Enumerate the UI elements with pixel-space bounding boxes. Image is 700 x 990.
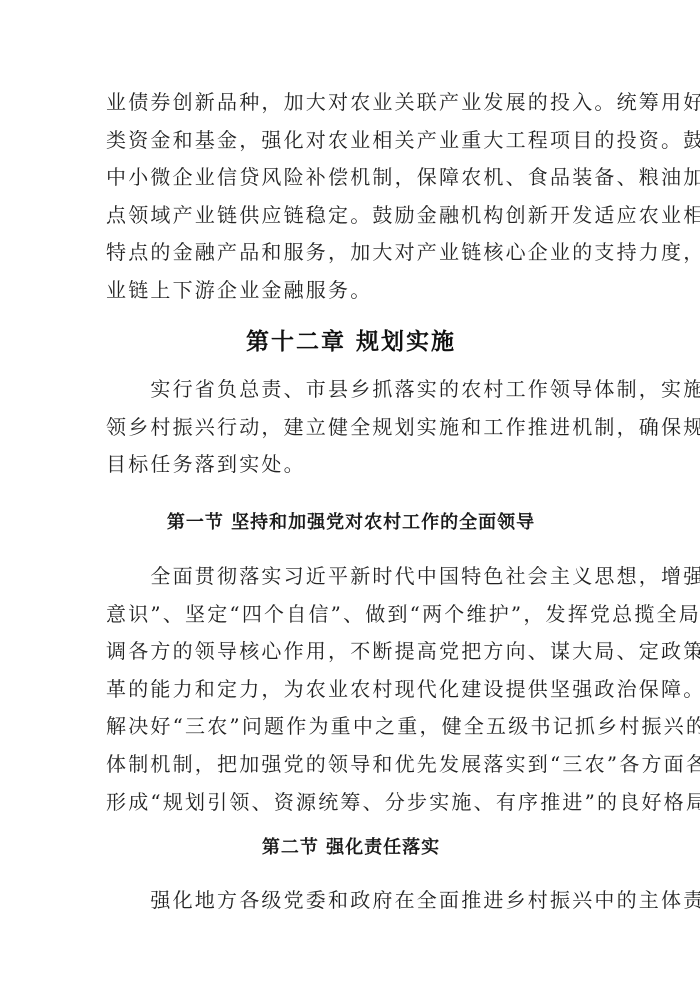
text-line: 体制机制，把加强党的领导和优先发展落实到“三农”各方面各环节， [106, 746, 596, 784]
text-line: 革的能力和定力，为农业农村现代化建设提供坚强政治保障。坚持把 [106, 671, 596, 709]
section-title: 第二节 强化责任落实 [106, 833, 596, 859]
text-line: 形成“规划引领、资源统筹、分步实施、有序推进”的良好格局。 [106, 784, 596, 822]
section-paragraph: 强化地方各级党委和政府在全面推进乡村振兴中的主体责任，把 [106, 882, 596, 920]
text-line: 强化地方各级党委和政府在全面推进乡村振兴中的主体责任，把 [106, 882, 596, 920]
text-line: 业债券创新品种，加大对农业关联产业发展的投入。统筹用好各级各 [106, 84, 596, 122]
text-line: 调各方的领导核心作用，不断提高党把方向、谋大局、定政策、促改 [106, 633, 596, 671]
text-line: 全面贯彻落实习近平新时代中国特色社会主义思想，增强“四个 [106, 558, 596, 596]
section-paragraph: 全面贯彻落实习近平新时代中国特色社会主义思想，增强“四个 意识”、坚定“四个自信… [106, 558, 596, 821]
continuation-paragraph: 业债券创新品种，加大对农业关联产业发展的投入。统筹用好各级各 类资金和基金，强化… [106, 84, 596, 310]
section-title: 第一节 坚持和加强党对农村工作的全面领导 [106, 508, 596, 534]
text-line: 中小微企业信贷风险补偿机制，保障农机、食品装备、粮油加工等重 [106, 159, 596, 197]
text-line: 目标任务落到实处。 [106, 446, 596, 484]
text-line: 意识”、坚定“四个自信”、做到“两个维护”，发挥党总揽全局、协 [106, 596, 596, 634]
text-line: 业链上下游企业金融服务。 [106, 272, 596, 310]
text-line: 解决好“三农”问题作为重中之重，健全五级书记抓乡村振兴的工作 [106, 708, 596, 746]
text-line: 特点的金融产品和服务，加大对产业链核心企业的支持力度，优化产 [106, 234, 596, 272]
chapter-intro-paragraph: 实行省负总责、市县乡抓落实的农村工作领导体制，实施党建引 领乡村振兴行动，建立健… [106, 371, 596, 484]
text-line: 点领域产业链供应链稳定。鼓励金融机构创新开发适应农业相关产业 [106, 197, 596, 235]
text-line: 实行省负总责、市县乡抓落实的农村工作领导体制，实施党建引 [106, 371, 596, 409]
text-line: 类资金和基金，强化对农业相关产业重大工程项目的投资。鼓励建立 [106, 122, 596, 160]
text-line: 领乡村振兴行动，建立健全规划实施和工作推进机制，确保规划各项 [106, 409, 596, 447]
chapter-title: 第十二章 规划实施 [106, 323, 596, 356]
